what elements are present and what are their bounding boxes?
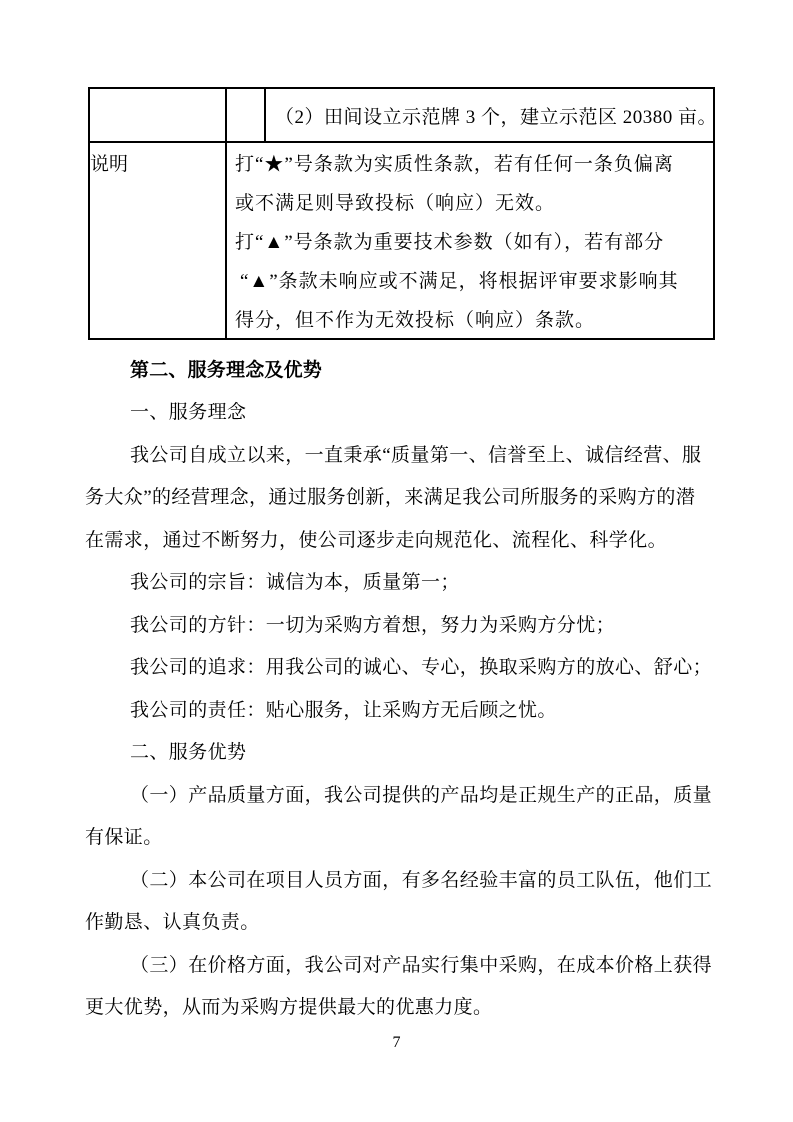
body-line: （三）在价格方面，我公司对产品实行集中采购，在成本价格上获得 xyxy=(85,942,710,985)
body-line: （一）产品质量方面，我公司提供的产品均是正规生产的正品，质量 xyxy=(85,772,710,815)
body-line: 作勤恳、认真负责。 xyxy=(85,900,710,943)
note-label-text: 说明 xyxy=(90,143,225,182)
spec-table: （2）田间设立示范牌 3 个，建立示范区 20380 亩。 说明 打“★”号条款… xyxy=(88,87,715,340)
body-line: 我公司的方针：一切为采购方着想，努力为采购方分忧； xyxy=(85,602,710,645)
note-content-cell: 打“★”号条款为实质性条款，若有任何一条负偏离 或不满足则导致投标（响应）无效。… xyxy=(226,142,714,339)
page-footer: 7 xyxy=(0,1030,793,1056)
note-line: 或不满足则导致投标（响应）无效。 xyxy=(227,182,713,221)
subsection-heading: 二、服务优势 xyxy=(85,730,710,773)
table-item-text: （2）田间设立示范牌 3 个，建立示范区 20380 亩。 xyxy=(266,89,713,141)
document-body: 第二、服务理念及优势 一、服务理念 我公司自成立以来，一直秉承“质量第一、信誉至… xyxy=(85,347,710,1027)
section-heading: 第二、服务理念及优势 xyxy=(85,347,710,390)
body-line: 更大优势，从而为采购方提供最大的优惠力度。 xyxy=(85,985,710,1028)
body-line: （二）本公司在项目人员方面，有多名经验丰富的员工队伍，他们工 xyxy=(85,857,710,900)
page-number: 7 xyxy=(393,1034,401,1051)
note-line: 得分，但不作为无效投标（响应）条款。 xyxy=(227,299,713,338)
body-line: 我公司自成立以来，一直秉承“质量第一、信誉至上、诚信经营、服 xyxy=(85,432,710,475)
table-cell-empty-narrow xyxy=(226,88,265,142)
body-line: 有保证。 xyxy=(85,815,710,858)
body-line: 务大众”的经营理念，通过服务创新，来满足我公司所服务的采购方的潜 xyxy=(85,475,710,518)
table-row-continuation: （2）田间设立示范牌 3 个，建立示范区 20380 亩。 xyxy=(89,88,714,142)
subsection-heading: 一、服务理念 xyxy=(85,390,710,433)
table-row-note: 说明 打“★”号条款为实质性条款，若有任何一条负偏离 或不满足则导致投标（响应）… xyxy=(89,142,714,339)
body-line: 我公司的追求：用我公司的诚心、专心，换取采购方的放心、舒心； xyxy=(85,645,710,688)
body-line: 我公司的宗旨：诚信为本，质量第一； xyxy=(85,560,710,603)
note-line: “▲”条款未响应或不满足，将根据评审要求影响其 xyxy=(227,260,713,299)
note-line: 打“▲”号条款为重要技术参数（如有），若有部分 xyxy=(227,221,713,260)
body-line: 在需求，通过不断努力，使公司逐步走向规范化、流程化、科学化。 xyxy=(85,517,710,560)
body-line: 我公司的责任：贴心服务，让采购方无后顾之忧。 xyxy=(85,687,710,730)
document-page: （2）田间设立示范牌 3 个，建立示范区 20380 亩。 说明 打“★”号条款… xyxy=(0,0,793,1122)
note-line: 打“★”号条款为实质性条款，若有任何一条负偏离 xyxy=(227,143,713,182)
note-label-cell: 说明 xyxy=(89,142,226,339)
table-cell-item: （2）田间设立示范牌 3 个，建立示范区 20380 亩。 xyxy=(265,88,714,142)
table-cell-empty-left xyxy=(89,88,226,142)
